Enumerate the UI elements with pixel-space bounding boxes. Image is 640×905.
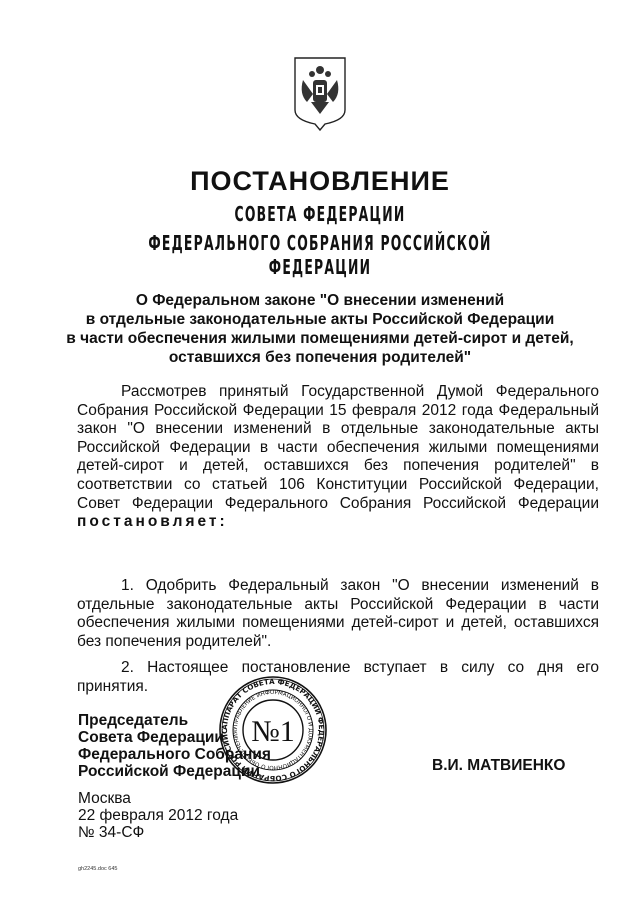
coat-of-arms-icon <box>291 54 349 132</box>
official-stamp-icon: АППАРАТ СОВЕТА ФЕДЕРАЦИИ ФЕДЕРАЛЬНОГО СО… <box>218 675 328 785</box>
place-and-date: Москва 22 февраля 2012 года № 34-СФ <box>78 790 238 841</box>
svg-text:№1: №1 <box>251 715 295 748</box>
item-1-text: 1. Одобрить Федеральный закон "О внесени… <box>77 577 599 650</box>
signer-name: В.И. МАТВИЕНКО <box>432 757 565 775</box>
city: Москва <box>78 790 238 807</box>
file-code: gh2245.doc 645 <box>78 866 117 872</box>
document-title: ПОСТАНОВЛЕНИЕ <box>0 166 640 197</box>
issuer-line-2: ФЕДЕРАЛЬНОГО СОБРАНИЯ РОССИЙСКОЙ ФЕДЕРАЦ… <box>122 231 519 279</box>
resolves-word: постановляет: <box>77 513 228 530</box>
item-2-text: 2. Настоящее постановление вступает в си… <box>77 659 599 695</box>
issuer-line-1: СОВЕТА ФЕДЕРАЦИИ <box>122 202 519 226</box>
subject-line: оставшихся без попечения родителей" <box>60 348 580 367</box>
date: 22 февраля 2012 года <box>78 807 238 824</box>
item-2-paragraph: 2. Настоящее постановление вступает в си… <box>77 659 599 696</box>
preamble-paragraph: Рассмотрев принятый Государственной Думо… <box>77 383 599 532</box>
item-1-paragraph: 1. Одобрить Федеральный закон "О внесени… <box>77 577 599 651</box>
subject-line: в части обеспечения жилыми помещениями д… <box>60 329 580 348</box>
subject-line: в отдельные законодательные акты Российс… <box>60 310 580 329</box>
document-number: № 34-СФ <box>78 824 238 841</box>
document-subject: О Федеральном законе "О внесении изменен… <box>60 291 580 367</box>
preamble-text: Рассмотрев принятый Государственной Думо… <box>77 383 599 512</box>
subject-line: О Федеральном законе "О внесении изменен… <box>60 291 580 310</box>
